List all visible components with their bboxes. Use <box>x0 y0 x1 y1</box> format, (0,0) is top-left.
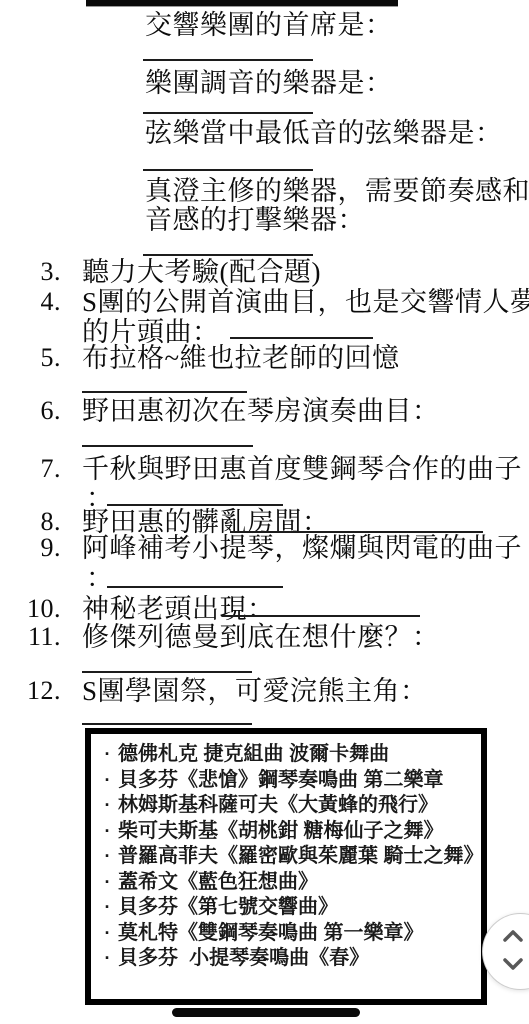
answer-blank <box>107 586 283 588</box>
list-item-text: 普羅高菲夫《羅密歐與茱麗葉 騎士之舞》 <box>118 844 484 869</box>
answer-blank <box>143 254 313 256</box>
list-item-text: 貝多芬《悲愴》鋼琴奏鳴曲 第二樂章 <box>118 768 444 793</box>
list-item-text: 林姆斯基科薩可夫《大黃蜂的飛行》 <box>118 793 438 818</box>
question-number: 7. <box>0 454 61 484</box>
bullet-icon: · <box>97 742 118 767</box>
list-item-text: 德佛札克 捷克組曲 波爾卡舞曲 <box>118 742 389 767</box>
sub-question-line: 弦樂當中最低音的弦樂器是： <box>145 118 503 148</box>
question-text: 修傑列德曼到底在想什麼？： <box>82 622 440 652</box>
answer-blank <box>143 59 313 61</box>
answer-blank <box>230 337 373 339</box>
question-text: 千秋與野田惠首度雙鋼琴合作的曲子 <box>82 454 522 484</box>
chevron-down-icon[interactable] <box>498 956 528 972</box>
question-text: 阿峰補考小提琴，燦爛與閃電的曲子 <box>82 533 522 563</box>
list-item: ·普羅高菲夫《羅密歐與茱麗葉 騎士之舞》 <box>91 844 481 870</box>
question-number: 3. <box>0 257 61 287</box>
scroll-widget[interactable] <box>482 913 529 990</box>
question-text: 野田惠初次在琴房演奏曲目： <box>82 396 440 426</box>
question-number: 6. <box>0 396 61 426</box>
sub-question-line: 音感的打擊樂器： <box>145 205 365 235</box>
answer-blank <box>82 445 253 447</box>
home-indicator-bar[interactable] <box>172 1008 360 1017</box>
answer-blank <box>82 723 252 725</box>
question-number: 12. <box>0 676 61 706</box>
answer-choices-box: ·德佛札克 捷克組曲 波爾卡舞曲 ·貝多芬《悲愴》鋼琴奏鳴曲 第二樂章 ·林姆斯… <box>85 728 487 1005</box>
question-text: S團學園祭，可愛浣熊主角： <box>82 676 428 706</box>
bullet-icon: · <box>97 870 118 895</box>
answer-blank <box>222 615 420 617</box>
question-text: ： <box>86 563 114 593</box>
answer-blank <box>82 671 252 673</box>
list-item: ·林姆斯基科薩可夫《大黃蜂的飛行》 <box>91 793 481 819</box>
list-item-text: 蓋希文《藍色狂想曲》 <box>118 870 318 895</box>
list-item: ·蓋希文《藍色狂想曲》 <box>91 870 481 896</box>
bullet-icon: · <box>97 921 118 946</box>
bullet-icon: · <box>97 768 118 793</box>
question-text: 布拉格~維也拉老師的回憶 <box>82 343 400 373</box>
question-number: 11. <box>0 622 61 652</box>
list-item: ·貝多芬《悲愴》鋼琴奏鳴曲 第二樂章 <box>91 768 481 794</box>
sub-question-line: 交響樂團的首席是： <box>145 10 393 40</box>
list-item: ·德佛札克 捷克組曲 波爾卡舞曲 <box>91 742 481 768</box>
sub-question-line: 樂團調音的樂器是： <box>145 68 393 98</box>
sub-question-line: 真澄主修的樂器，需要節奏感和 <box>145 176 529 206</box>
list-item-text: 貝多芬 小提琴奏鳴曲《春》 <box>118 946 369 971</box>
list-item: ·貝多芬《第七號交響曲》 <box>91 895 481 921</box>
question-text: 神秘老頭出現： <box>82 594 275 624</box>
question-number: 5. <box>0 343 61 373</box>
list-item: ·莫札特《雙鋼琴奏鳴曲 第一樂章》 <box>91 921 481 947</box>
question-number: 10. <box>0 594 61 624</box>
bullet-icon: · <box>97 793 118 818</box>
top-box-edge <box>86 0 398 7</box>
question-number: 4. <box>0 287 61 317</box>
bullet-icon: · <box>97 819 118 844</box>
answer-blank <box>82 391 247 393</box>
bullet-icon: · <box>97 895 118 920</box>
question-number: 9. <box>0 533 61 563</box>
answer-blank <box>143 112 313 114</box>
question-text: 聽力大考驗(配合題) <box>82 257 321 287</box>
chevron-up-icon[interactable] <box>498 928 528 944</box>
worksheet-page: 交響樂團的首席是： 樂團調音的樂器是： 弦樂當中最低音的弦樂器是： 真澄主修的樂… <box>0 0 529 1024</box>
list-item-text: 柴可夫斯基《胡桃鉗 糖梅仙子之舞》 <box>118 819 444 844</box>
answer-blank <box>107 504 283 506</box>
list-item: ·柴可夫斯基《胡桃鉗 糖梅仙子之舞》 <box>91 819 481 845</box>
bullet-icon: · <box>97 946 118 971</box>
list-item-text: 莫札特《雙鋼琴奏鳴曲 第一樂章》 <box>118 921 424 946</box>
answer-blank <box>143 169 313 171</box>
list-item: ·貝多芬 小提琴奏鳴曲《春》 <box>91 946 481 972</box>
bullet-icon: · <box>97 844 118 869</box>
list-item-text: 貝多芬《第七號交響曲》 <box>118 895 338 920</box>
question-text: S團的公開首演曲目，也是交響情人夢 <box>82 287 529 317</box>
